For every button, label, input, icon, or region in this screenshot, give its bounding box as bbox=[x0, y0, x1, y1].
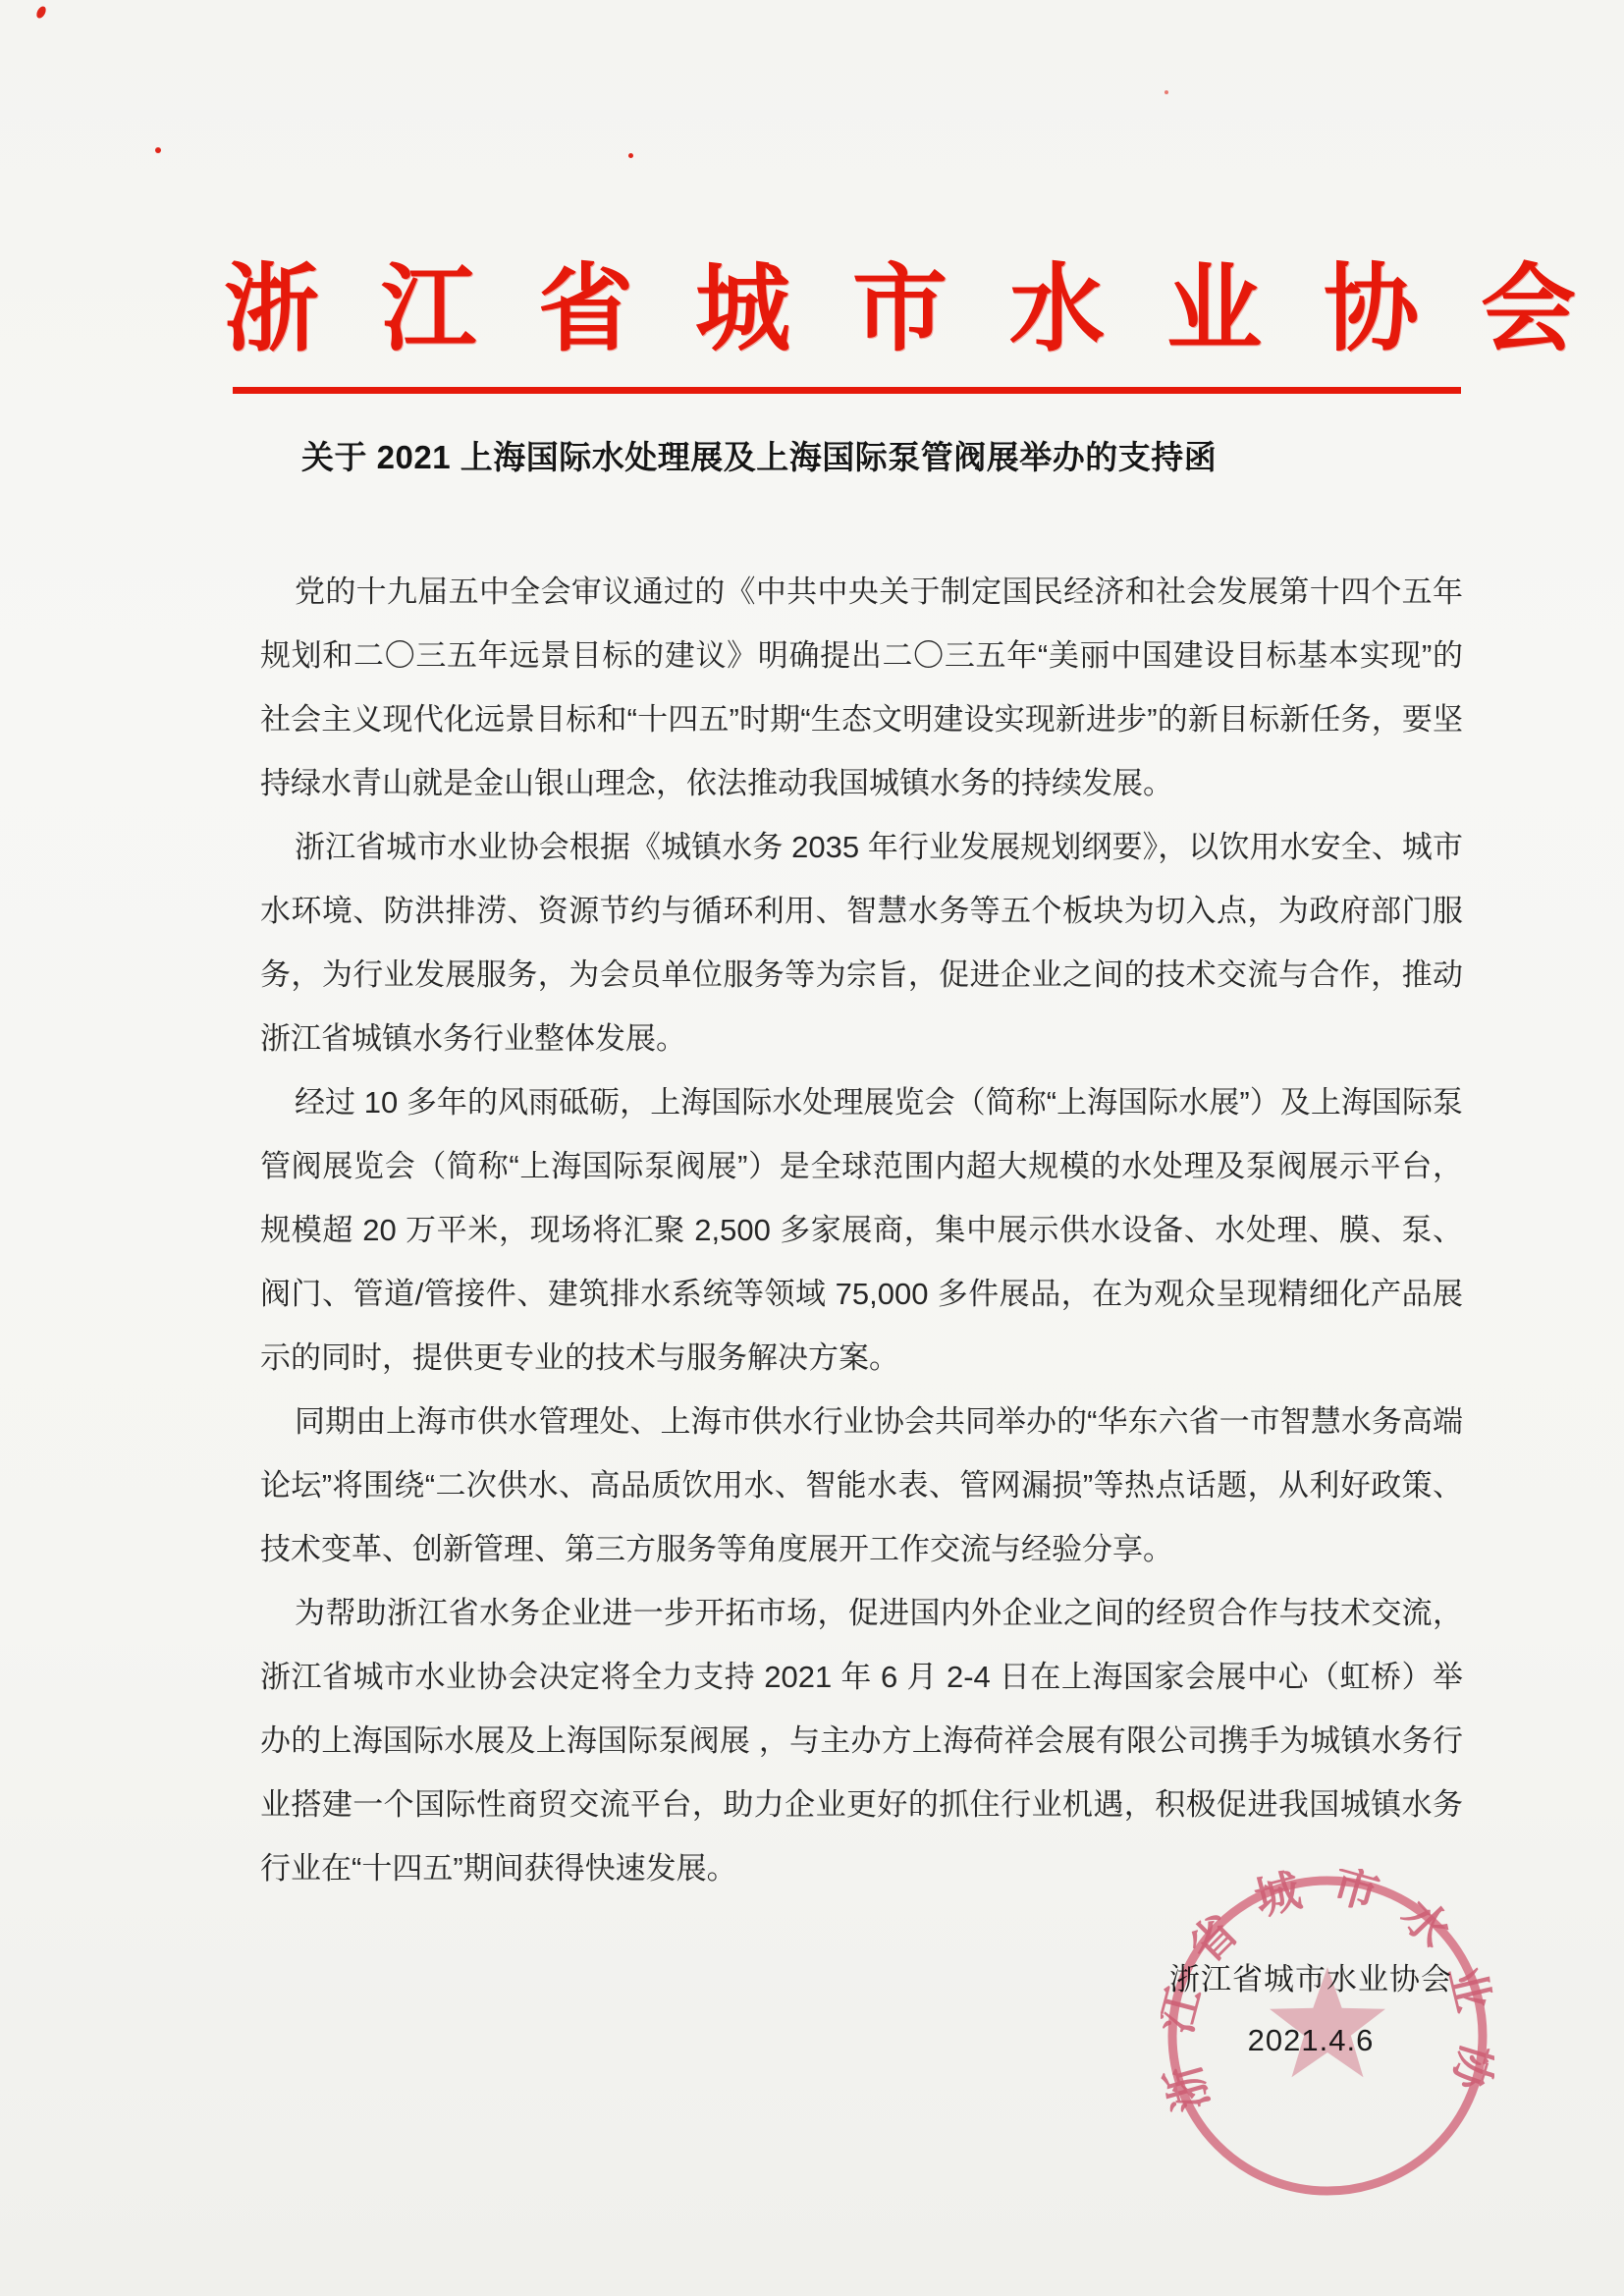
scan-speck bbox=[1164, 90, 1168, 94]
body-paragraph: 经过 10 多年的风雨砥砺，上海国际水处理展览会（简称“上海国际水展”）及上海国… bbox=[260, 1070, 1463, 1390]
scan-speck bbox=[628, 153, 633, 158]
body-paragraph: 为帮助浙江省水务企业进一步开拓市场，促进国内外企业之间的经贸合作与技术交流，浙江… bbox=[260, 1581, 1463, 1900]
letterhead-org-name: 浙江省城市水业协会 bbox=[224, 253, 1624, 367]
seal-star-icon bbox=[1270, 1967, 1385, 2077]
body-paragraph: 党的十九届五中全会审议通过的《中共中央关于制定国民经济和社会发展第十四个五年规划… bbox=[260, 560, 1463, 815]
letterhead-divider bbox=[233, 387, 1461, 394]
scan-speck bbox=[34, 5, 47, 20]
scan-speck bbox=[155, 147, 161, 153]
official-seal-icon: 浙江省城市水业协会 bbox=[1161, 1869, 1494, 2203]
letter-body: 党的十九届五中全会审议通过的《中共中央关于制定国民经济和社会发展第十四个五年规划… bbox=[260, 560, 1463, 1900]
body-paragraph: 同期由上海市供水管理处、上海市供水行业协会共同举办的“华东六省一市智慧水务高端论… bbox=[260, 1390, 1463, 1581]
subject-title: 关于 2021 上海国际水处理展及上海国际泵管阀展举办的支持函 bbox=[301, 432, 1217, 478]
body-paragraph: 浙江省城市水业协会根据《城镇水务 2035 年行业发展规划纲要》，以饮用水安全、… bbox=[260, 815, 1463, 1070]
scanned-letter-page: 浙江省城市水业协会 关于 2021 上海国际水处理展及上海国际泵管阀展举办的支持… bbox=[0, 0, 1624, 2296]
